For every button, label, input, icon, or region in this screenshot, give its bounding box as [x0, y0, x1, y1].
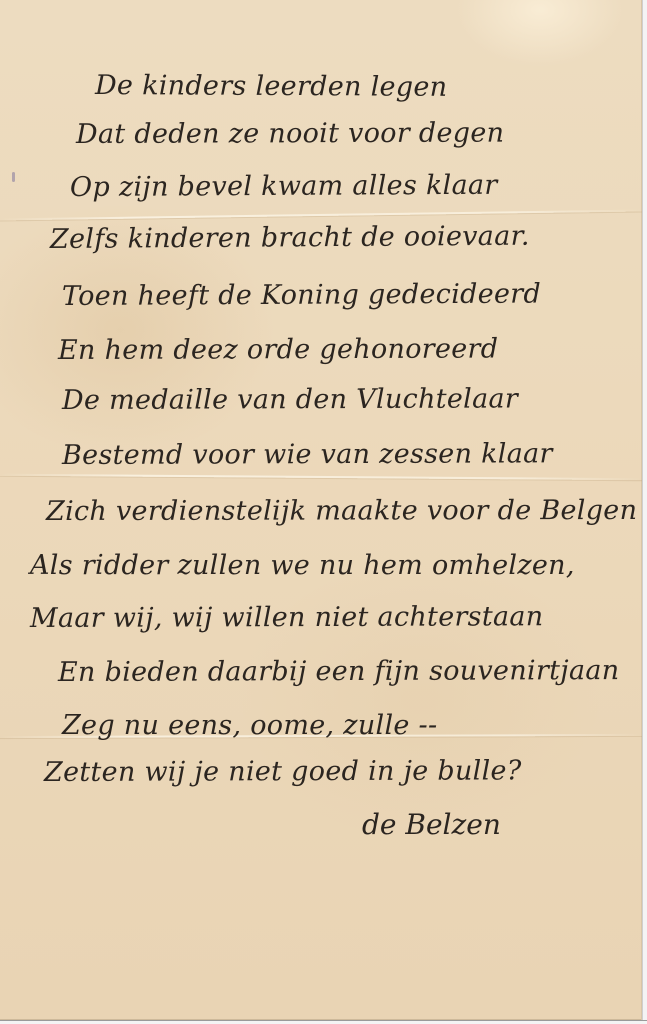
poem-line-12: En bieden daarbij een fijn souvenirtjaan	[58, 655, 620, 688]
poem-line-6: En hem deez orde gehonoreerd	[58, 333, 498, 366]
poem-line-13: Zeg nu eens, oome, zulle --	[62, 710, 437, 741]
poem-line-5: Toen heeft de Koning gedecideerd	[62, 278, 541, 312]
scan-edge-bottom	[0, 1020, 647, 1024]
handwritten-poem: De kinders leerden legen Dat deden ze no…	[0, 0, 642, 1020]
poem-line-7: De medaille van den Vluchtelaar	[62, 383, 518, 416]
poem-line-4: Zelfs kinderen bracht de ooievaar.	[50, 221, 530, 255]
scan-edge-right	[642, 0, 647, 1024]
poem-line-9: Zich verdienstelijk maakte voor de Belge…	[46, 495, 647, 527]
poem-line-3: Op zijn bevel kwam alles klaar	[70, 170, 498, 203]
poem-line-11: Maar wij, wij willen niet achterstaan	[30, 601, 544, 634]
poem-line-2: Dat deden ze nooit voor degen	[76, 118, 504, 150]
poem-line-8: Bestemd voor wie van zessen klaar	[62, 438, 553, 471]
poem-line-14: Zetten wij je niet goed in je bulle?	[44, 755, 522, 788]
signature: de Belzen	[362, 808, 501, 841]
poem-line-10: Als ridder zullen we nu hem omhelzen,	[30, 550, 575, 581]
letter-page: De kinders leerden legen Dat deden ze no…	[0, 0, 642, 1020]
poem-line-1: De kinders leerden legen	[95, 70, 448, 103]
